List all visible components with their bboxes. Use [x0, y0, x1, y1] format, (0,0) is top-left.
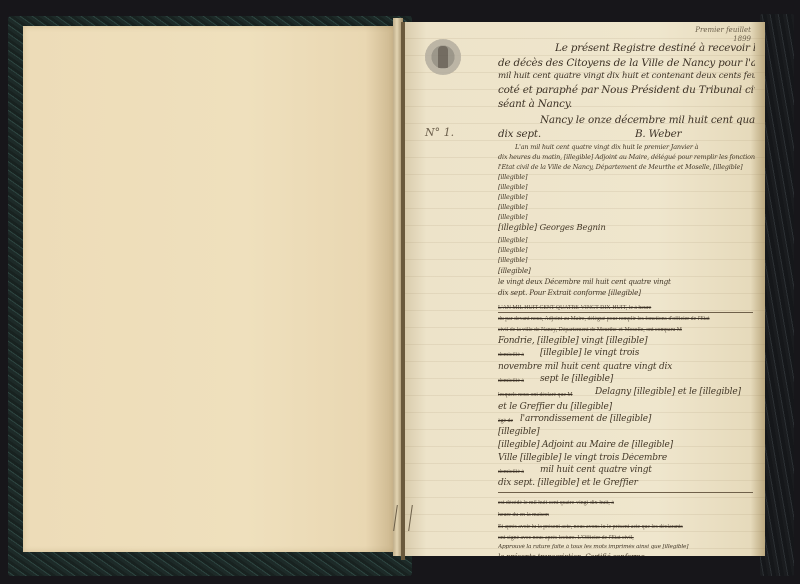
act-line: l'Etat civil de la Ville de Nancy, Dépar… — [498, 163, 755, 171]
act-line: [illegible] — [498, 173, 755, 181]
header-line: Nancy le onze décembre mil huit cent qua… — [540, 114, 755, 126]
second-entry-line: l'arrondissement de [illegible] — [520, 414, 755, 424]
header-line: de décès des Citoyens de la Ville de Nan… — [498, 57, 755, 69]
header-line: séant à Nancy. — [498, 98, 755, 110]
stamp-figure-icon — [438, 46, 448, 68]
printed-footer-line: est décédé le mil huit cent quatre-vingt… — [498, 500, 753, 506]
printed-form-line: L'AN MIL HUIT CENT QUATRE-VINGT-DIX-HUIT… — [498, 305, 753, 311]
printed-text: L'AN MIL HUIT CENT QUATRE-VINGT-DIX-HUIT… — [498, 305, 651, 311]
form-rule — [498, 312, 753, 313]
second-entry-line: Delagny [illegible] et le [illegible] — [595, 387, 755, 397]
act-line: L'an mil huit cent quatre vingt dix huit… — [515, 143, 755, 151]
act-line: le vingt deux Décembre mil huit cent qua… — [498, 277, 755, 286]
act-line: [illegible] — [498, 256, 755, 264]
second-entry-line: mil huit cent quatre vingt — [540, 465, 755, 475]
second-entry-line: dix sept. [illegible] et le Greffier — [498, 478, 755, 488]
form-rule — [498, 492, 753, 493]
second-entry-line: [illegible] le vingt trois — [540, 348, 755, 358]
second-entry-line: Ville [illegible] le vingt trois Décembr… — [498, 453, 755, 463]
act-line: [illegible] — [498, 236, 755, 244]
act-line: [illegible] Georges Begnin — [498, 223, 755, 233]
printed-text: domicilié à — [498, 378, 524, 384]
act-line: [illegible] — [498, 246, 755, 254]
printed-text: âgé de — [498, 418, 513, 424]
annotation-line: Premier feuillet — [695, 26, 751, 35]
printed-form-line: domicilié à — [498, 469, 524, 475]
entry-number: N° 1. — [425, 126, 454, 139]
printed-text: lesquels nous ont déclaré que M — [498, 392, 573, 398]
printed-text: ont signé avec nous après lecture. L'Off… — [498, 535, 634, 541]
footer-handwritten-line: Approuvé la rature faite à tous les mots… — [498, 544, 755, 550]
printed-form-line: civil de la ville de Nancy, Département … — [498, 327, 753, 333]
printed-form-line: du par devant nous, Adjoint au Maire, dé… — [498, 316, 753, 322]
printed-form-line: domicilié à — [498, 352, 524, 358]
printed-form-line: âgé de — [498, 418, 513, 424]
printed-text: est décédé le mil huit cent quatre-vingt… — [498, 500, 614, 506]
act-line: [illegible] — [498, 203, 755, 211]
act-line: dix heures du matin, [illegible] Adjoint… — [498, 153, 755, 161]
blank-left-page — [23, 26, 395, 552]
act-line: [illegible] — [498, 266, 755, 275]
printed-footer-line: ont signé avec nous après lecture. L'Off… — [498, 535, 753, 541]
printed-text: domicilié à — [498, 469, 524, 475]
book-cover-right-edge — [760, 14, 794, 576]
footer-handwritten-line: la présente transcription. Certifié conf… — [498, 553, 755, 556]
header-line: Le présent Registre destiné à recevoir l… — [555, 42, 755, 54]
header-line: dix sept. — [498, 128, 541, 140]
printed-text: heure du en la maison — [498, 512, 549, 518]
republique-francaise-stamp-icon — [425, 39, 461, 75]
second-entry-line: novembre mil huit cent quatre vingt dix — [498, 362, 755, 372]
printed-form-line: lesquels nous ont déclaré que M — [498, 392, 573, 398]
printed-text: Et après avoir lu la présent acte, nous … — [498, 524, 683, 530]
second-entry-line: Fondrie, [illegible] vingt [illegible] — [498, 336, 755, 346]
printed-text: domicilié à — [498, 352, 524, 358]
second-entry-line: [illegible] Adjoint au Maire de [illegib… — [498, 440, 755, 450]
printed-form-line: domicilié à — [498, 378, 524, 384]
second-entry-line: sept le [illegible] — [540, 374, 755, 384]
printed-footer-line: heure du en la maison — [498, 512, 753, 518]
printed-footer-line: Et après avoir lu la présent acte, nous … — [498, 524, 753, 530]
printed-text: civil de la ville de Nancy, Département … — [498, 327, 682, 333]
header-line: coté et paraphé par Nous Président du Tr… — [498, 84, 755, 96]
printed-text: du par devant nous, Adjoint au Maire, dé… — [498, 316, 710, 322]
margin-name: B. Weber — [635, 128, 755, 140]
second-entry-line: [illegible] — [498, 427, 755, 437]
act-line: [illegible] — [498, 213, 755, 221]
act-line: dix sept. Pour Extrait conforme [illegib… — [498, 288, 755, 297]
header-line: mil huit cent quatre vingt dix huit et c… — [498, 71, 755, 81]
second-entry-line: et le Greffier du [illegible] — [498, 402, 755, 412]
register-page: Premier feuillet 1899 N° 1. Le présent R… — [405, 22, 765, 556]
act-line: [illegible] — [498, 183, 755, 191]
act-line: [illegible] — [498, 193, 755, 201]
